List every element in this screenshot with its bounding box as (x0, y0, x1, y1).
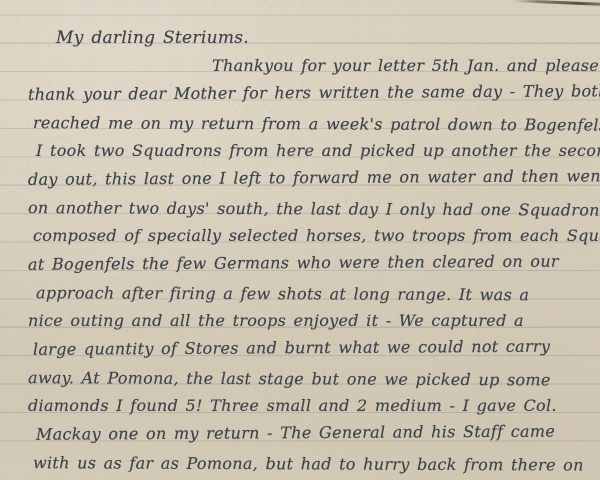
page-edge-shadow (512, 0, 600, 6)
letter-line: on another two days' south, the last day… (0, 194, 600, 225)
letter-line: large quantity of Stores and burnt what … (0, 332, 600, 364)
letter-page: My darling Steriums. Thankyou for your l… (0, 0, 600, 480)
letter-line: composed of specially selected horses, t… (0, 222, 600, 250)
letter-line: away. At Pomona, the last stage but one … (0, 364, 600, 395)
letter-line: approach after firing a few shots at lon… (0, 279, 600, 310)
letter-line: with us as far as Pomona, but had to hur… (0, 449, 600, 480)
letter-line: at Bogenfels the few Germans who were th… (0, 247, 600, 279)
letter-line: Thankyou for your letter 5th Jan. and pl… (0, 52, 600, 80)
letter-line: day out, this last one I left to forward… (0, 162, 600, 194)
letter-line: I took two Squadrons from here and picke… (0, 137, 600, 165)
letter-line: thank your dear Mother for hers written … (0, 77, 600, 109)
letter-greeting: My darling Steriums. (0, 24, 600, 52)
letter-text: My darling Steriums. Thankyou for your l… (0, 24, 600, 478)
letter-line: nice outing and all the troops enjoyed i… (0, 307, 600, 335)
letter-line: Mackay one on my return - The General an… (0, 417, 600, 449)
letter-line: reached me on my return from a week's pa… (0, 109, 600, 140)
letter-line: diamonds I found 5! Three small and 2 me… (0, 392, 600, 420)
